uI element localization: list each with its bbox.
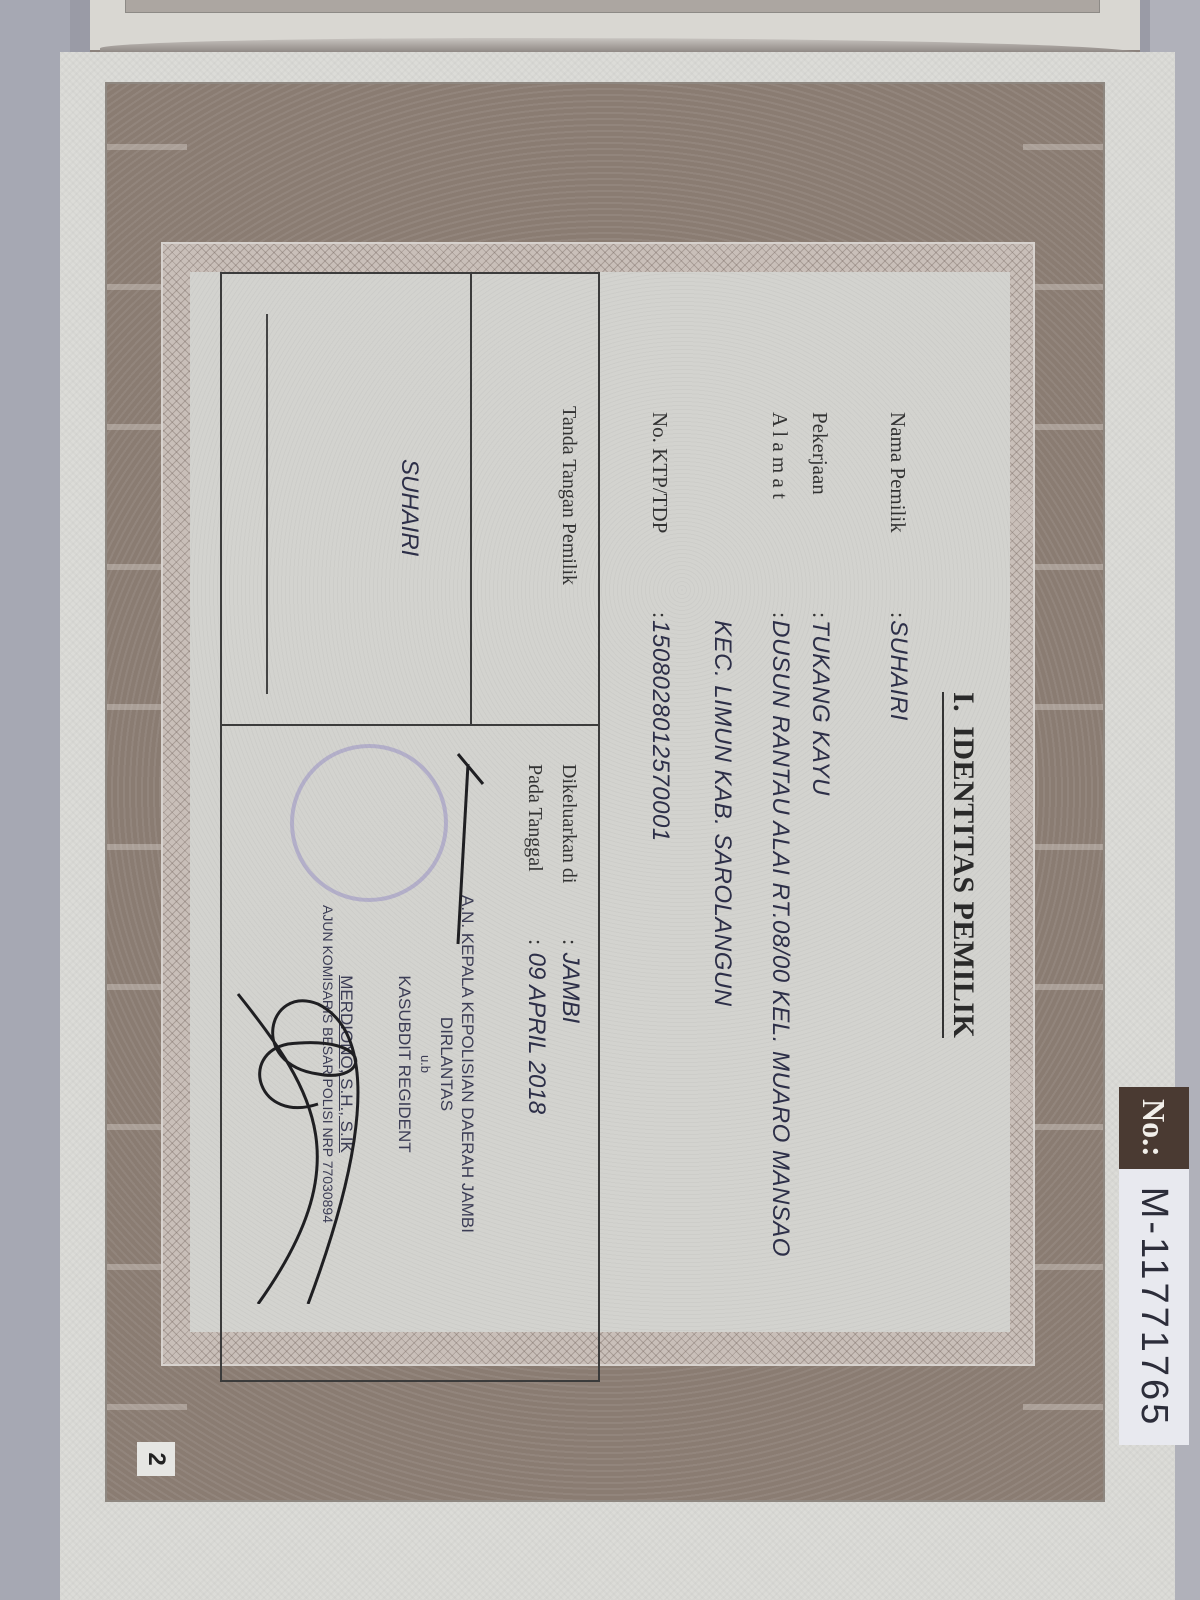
issued-date-value: 09 APRIL 2018 [522,953,550,1114]
field-label: A l a m a t [768,412,793,612]
table-divider-horizontal [470,274,472,724]
field-address: A l a m a t : DUSUN RANTAU ALAI RT.08/00… [760,412,800,1257]
identity-panel: I.IDENTITAS PEMILIK Nama Pemilik : SUHAI… [190,272,1010,1332]
vehicle-ownership-document: I.IDENTITAS PEMILIK Nama Pemilik : SUHAI… [105,82,1105,1502]
table-divider-vertical [222,724,598,726]
page-number: 2 [137,1442,175,1476]
colon: : [767,612,793,618]
address-value: DUSUN RANTAU ALAI RT.08/00 KEL. MUARO MA… [766,620,794,1257]
issued-date-row: Pada Tanggal : 09 APRIL 2018 [522,764,550,1114]
colon: : [807,612,833,618]
section-number: I. [947,692,980,712]
owner-signature-line [266,314,268,694]
field-label: Nama Pemilik [886,412,911,612]
owner-name-value: SUHAIRI [884,620,912,721]
field-address-line2: : KEC. LIMUN KAB. SAROLANGUN [702,412,742,1007]
issued-date-label: Pada Tanggal [523,764,546,939]
issued-place-row: Dikeluarkan di : JAMBI [556,764,584,1023]
field-label: Pekerjaan [808,412,833,612]
owner-signature-label: Tanda Tangan Pemilik [557,406,580,585]
field-occupation: Pekerjaan : TUKANG KAYU [800,412,840,796]
issued-place-label: Dikeluarkan di [557,764,580,939]
occupation-value: TUKANG KAYU [806,620,834,796]
section-title-text: IDENTITAS PEMILIK [947,726,980,1038]
address-line2-value: KEC. LIMUN KAB. SAROLANGUN [708,620,736,1006]
colon: : [557,939,583,951]
serial-number-value: M-11771765 [1119,1169,1189,1446]
handwritten-signature [228,744,488,1304]
owner-signature-name: SUHAIRI [395,459,423,556]
colon: : [647,612,673,618]
field-owner-name: Nama Pemilik : SUHAIRI [878,412,918,721]
serial-number-box: No.: M-11771765 [1119,1087,1189,1445]
ktp-value: 1508028012570001 [646,620,674,842]
issued-place-value: JAMBI [556,953,584,1024]
signature-table: Tanda Tangan Pemilik SUHAIRI Dikeluarkan… [220,272,600,1382]
colon: : [523,939,549,951]
field-ktp: No. KTP/TDP : 1508028012570001 [640,412,680,842]
section-title: I.IDENTITAS PEMILIK [942,692,980,1038]
previous-page-frame [125,0,1100,13]
serial-number-label: No.: [1119,1087,1189,1169]
field-label: No. KTP/TDP [648,412,673,612]
wave-pattern-top [1023,84,1103,1504]
colon: : [885,612,911,618]
